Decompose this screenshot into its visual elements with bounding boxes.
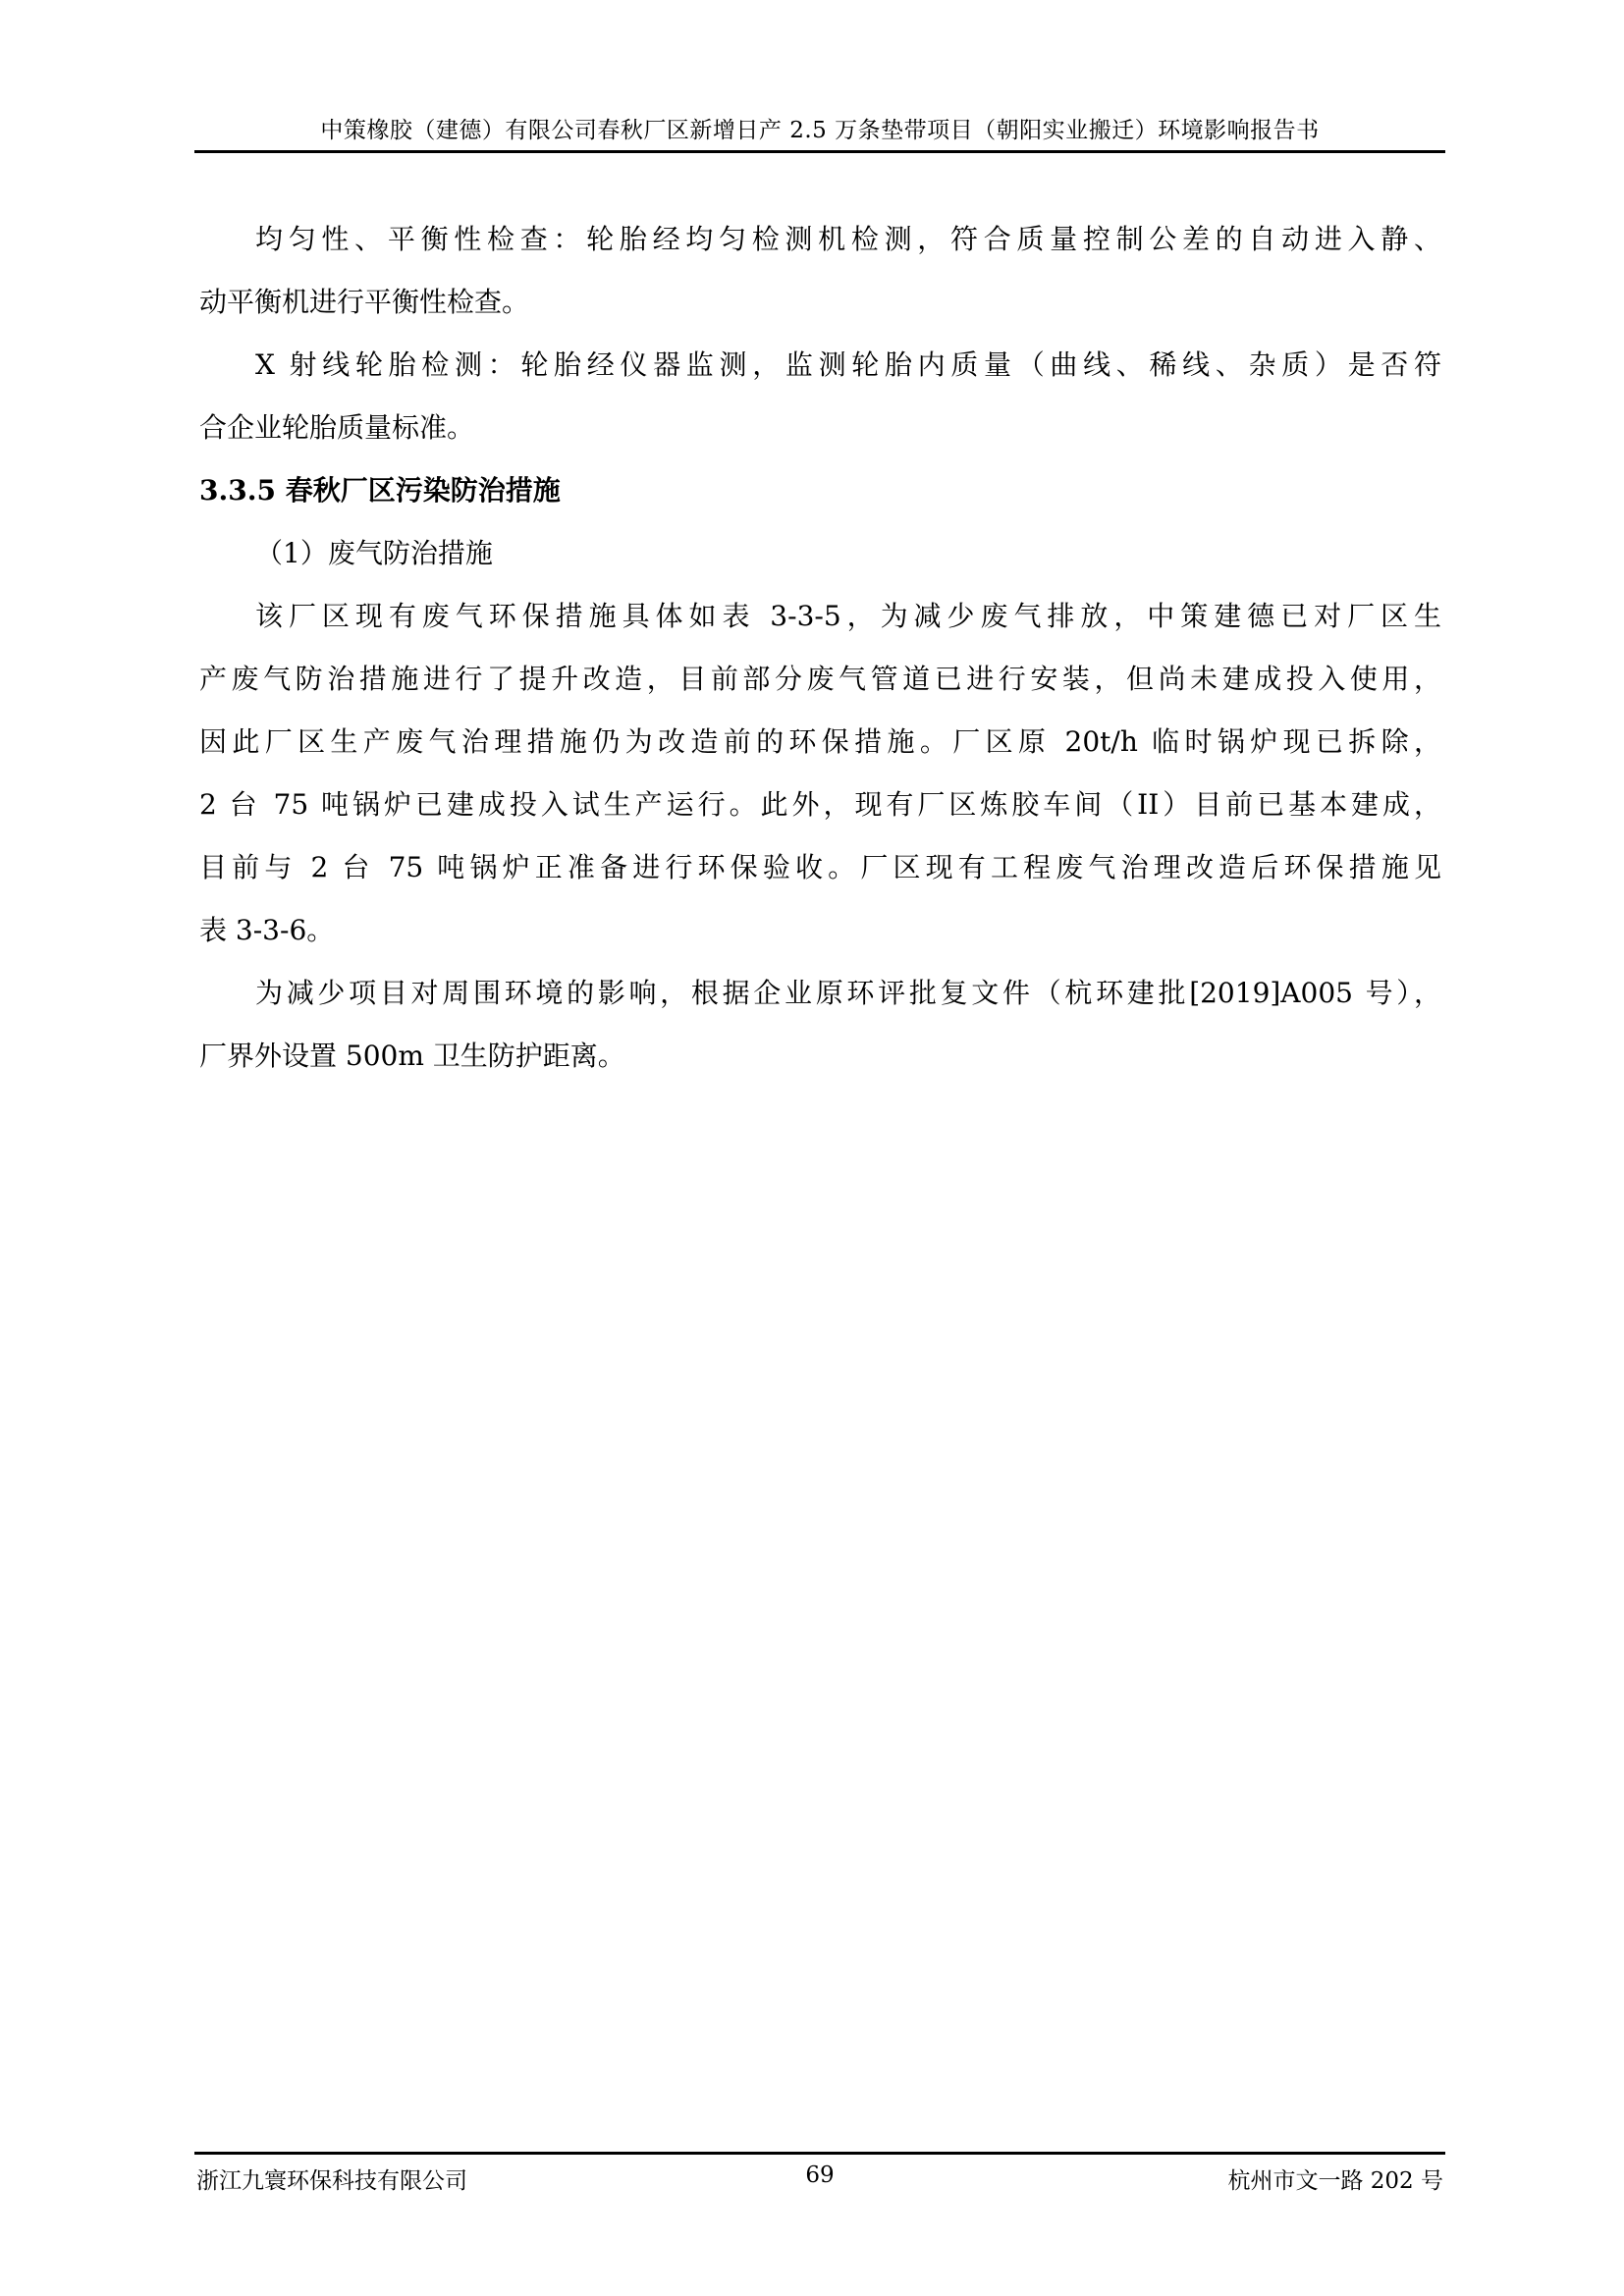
paragraph-line: 合企业轮胎质量标准。 [199, 402, 1441, 465]
footer-divider [194, 2152, 1445, 2155]
paragraph-line: 2 台 75 吨锅炉已建成投入试生产运行。此外，现有厂区炼胶车间（II）目前已基… [199, 779, 1441, 842]
page-footer: 浙江九寰环保科技有限公司 69 杭州市文一路 202 号 [196, 2163, 1443, 2192]
page-body: 均匀性、平衡性检查：轮胎经均匀检测机检测，符合质量控制公差的自动进入静、 动平衡… [199, 214, 1441, 1094]
paragraph-line: 表 3-3-6。 [199, 905, 1441, 968]
paragraph-line: 厂界外设置 500m 卫生防护距离。 [199, 1031, 1441, 1094]
paragraph-line: 为减少项目对周围环境的影响，根据企业原环评批复文件（杭环建批[2019]A005… [199, 968, 1441, 1031]
header-divider [194, 150, 1445, 153]
paragraph-line: 目前与 2 台 75 吨锅炉正准备进行环保验收。厂区现有工程废气治理改造后环保措… [199, 842, 1441, 905]
subsection-heading: （1）废气防治措施 [199, 528, 1441, 591]
section-heading: 3.3.5 春秋厂区污染防治措施 [199, 465, 1441, 528]
paragraph-line: 因此厂区生产废气治理措施仍为改造前的环保措施。厂区原 20t/h 临时锅炉现已拆… [199, 717, 1441, 779]
paragraph-line: X 射线轮胎检测：轮胎经仪器监测，监测轮胎内质量（曲线、稀线、杂质）是否符 [199, 340, 1441, 402]
paragraph-line: 均匀性、平衡性检查：轮胎经均匀检测机检测，符合质量控制公差的自动进入静、 [199, 214, 1441, 277]
paragraph-line: 产废气防治措施进行了提升改造，目前部分废气管道已进行安装，但尚未建成投入使用， [199, 654, 1441, 717]
running-header-title: 中策橡胶（建德）有限公司春秋厂区新增日产 2.5 万条垫带项目（朝阳实业搬迁）环… [196, 112, 1443, 144]
footer-address: 杭州市文一路 202 号 [1227, 2163, 1443, 2195]
paragraph-line: 动平衡机进行平衡性检查。 [199, 277, 1441, 340]
paragraph-line: 该厂区现有废气环保措施具体如表 3-3-5，为减少废气排放，中策建德已对厂区生 [199, 591, 1441, 654]
